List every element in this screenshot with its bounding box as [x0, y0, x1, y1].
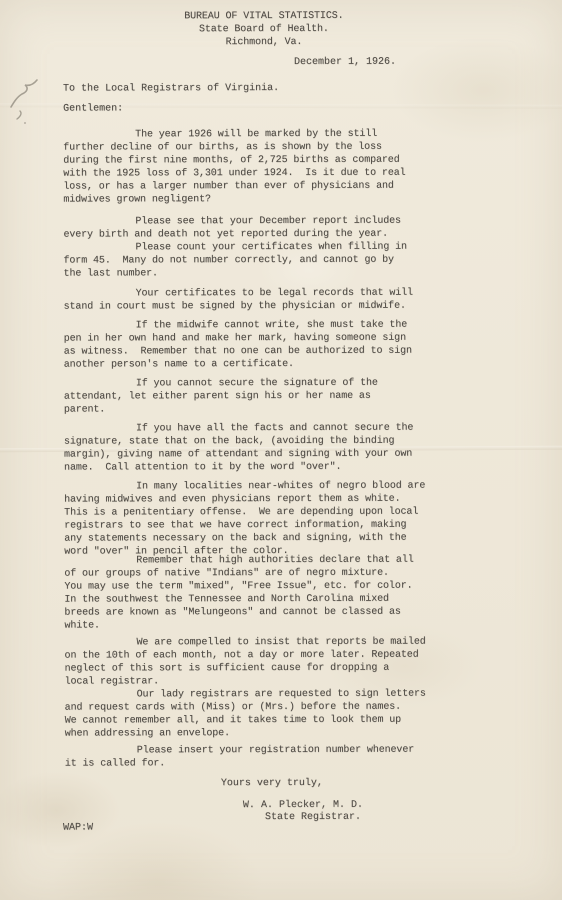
paragraph-classification-terms: Remember that high authorities declare t…: [64, 553, 488, 632]
paragraph-parent-signature: If you cannot secure the signature of th…: [64, 376, 488, 416]
paragraph-mailing-deadline: We are compelled to insist that reports …: [64, 635, 488, 688]
recipient-line: To the Local Registrars of Virginia.: [63, 82, 279, 96]
reference-initials: WAP:W: [63, 821, 93, 834]
paragraph-color-reporting: In many localities near-whites of negro …: [64, 479, 488, 558]
paragraph-midwife-mark: If the midwife cannot write, she must ta…: [64, 318, 488, 371]
paragraph-registration-number: Please insert your registration number w…: [65, 743, 489, 770]
date-line: December 1, 1926.: [294, 56, 396, 69]
letterhead: BUREAU OF VITAL STATISTICS. State Board …: [0, 9, 529, 49]
paragraph-births-decline: The year 1926 will be marked by the stil…: [63, 127, 487, 206]
valediction: Yours very truly,: [221, 777, 323, 790]
letter-page: BUREAU OF VITAL STATISTICS. State Board …: [0, 0, 562, 900]
signature-title: State Registrar.: [265, 811, 361, 824]
paragraph-count-certificates: Please count your certificates when fill…: [63, 240, 487, 280]
paragraph-legal-records: Your certificates to be legal records th…: [64, 286, 488, 313]
paragraph-december-report: Please see that your December report inc…: [63, 214, 487, 241]
salutation: Gentlemen:: [63, 102, 123, 115]
paragraph-sign-on-back: If you have all the facts and cannot sec…: [64, 421, 488, 474]
letterhead-city-line: Richmond, Va.: [0, 35, 529, 49]
paragraph-lady-registrars: Our lady registrars are requested to sig…: [65, 687, 489, 740]
letter-content: BUREAU OF VITAL STATISTICS. State Board …: [0, 0, 562, 900]
